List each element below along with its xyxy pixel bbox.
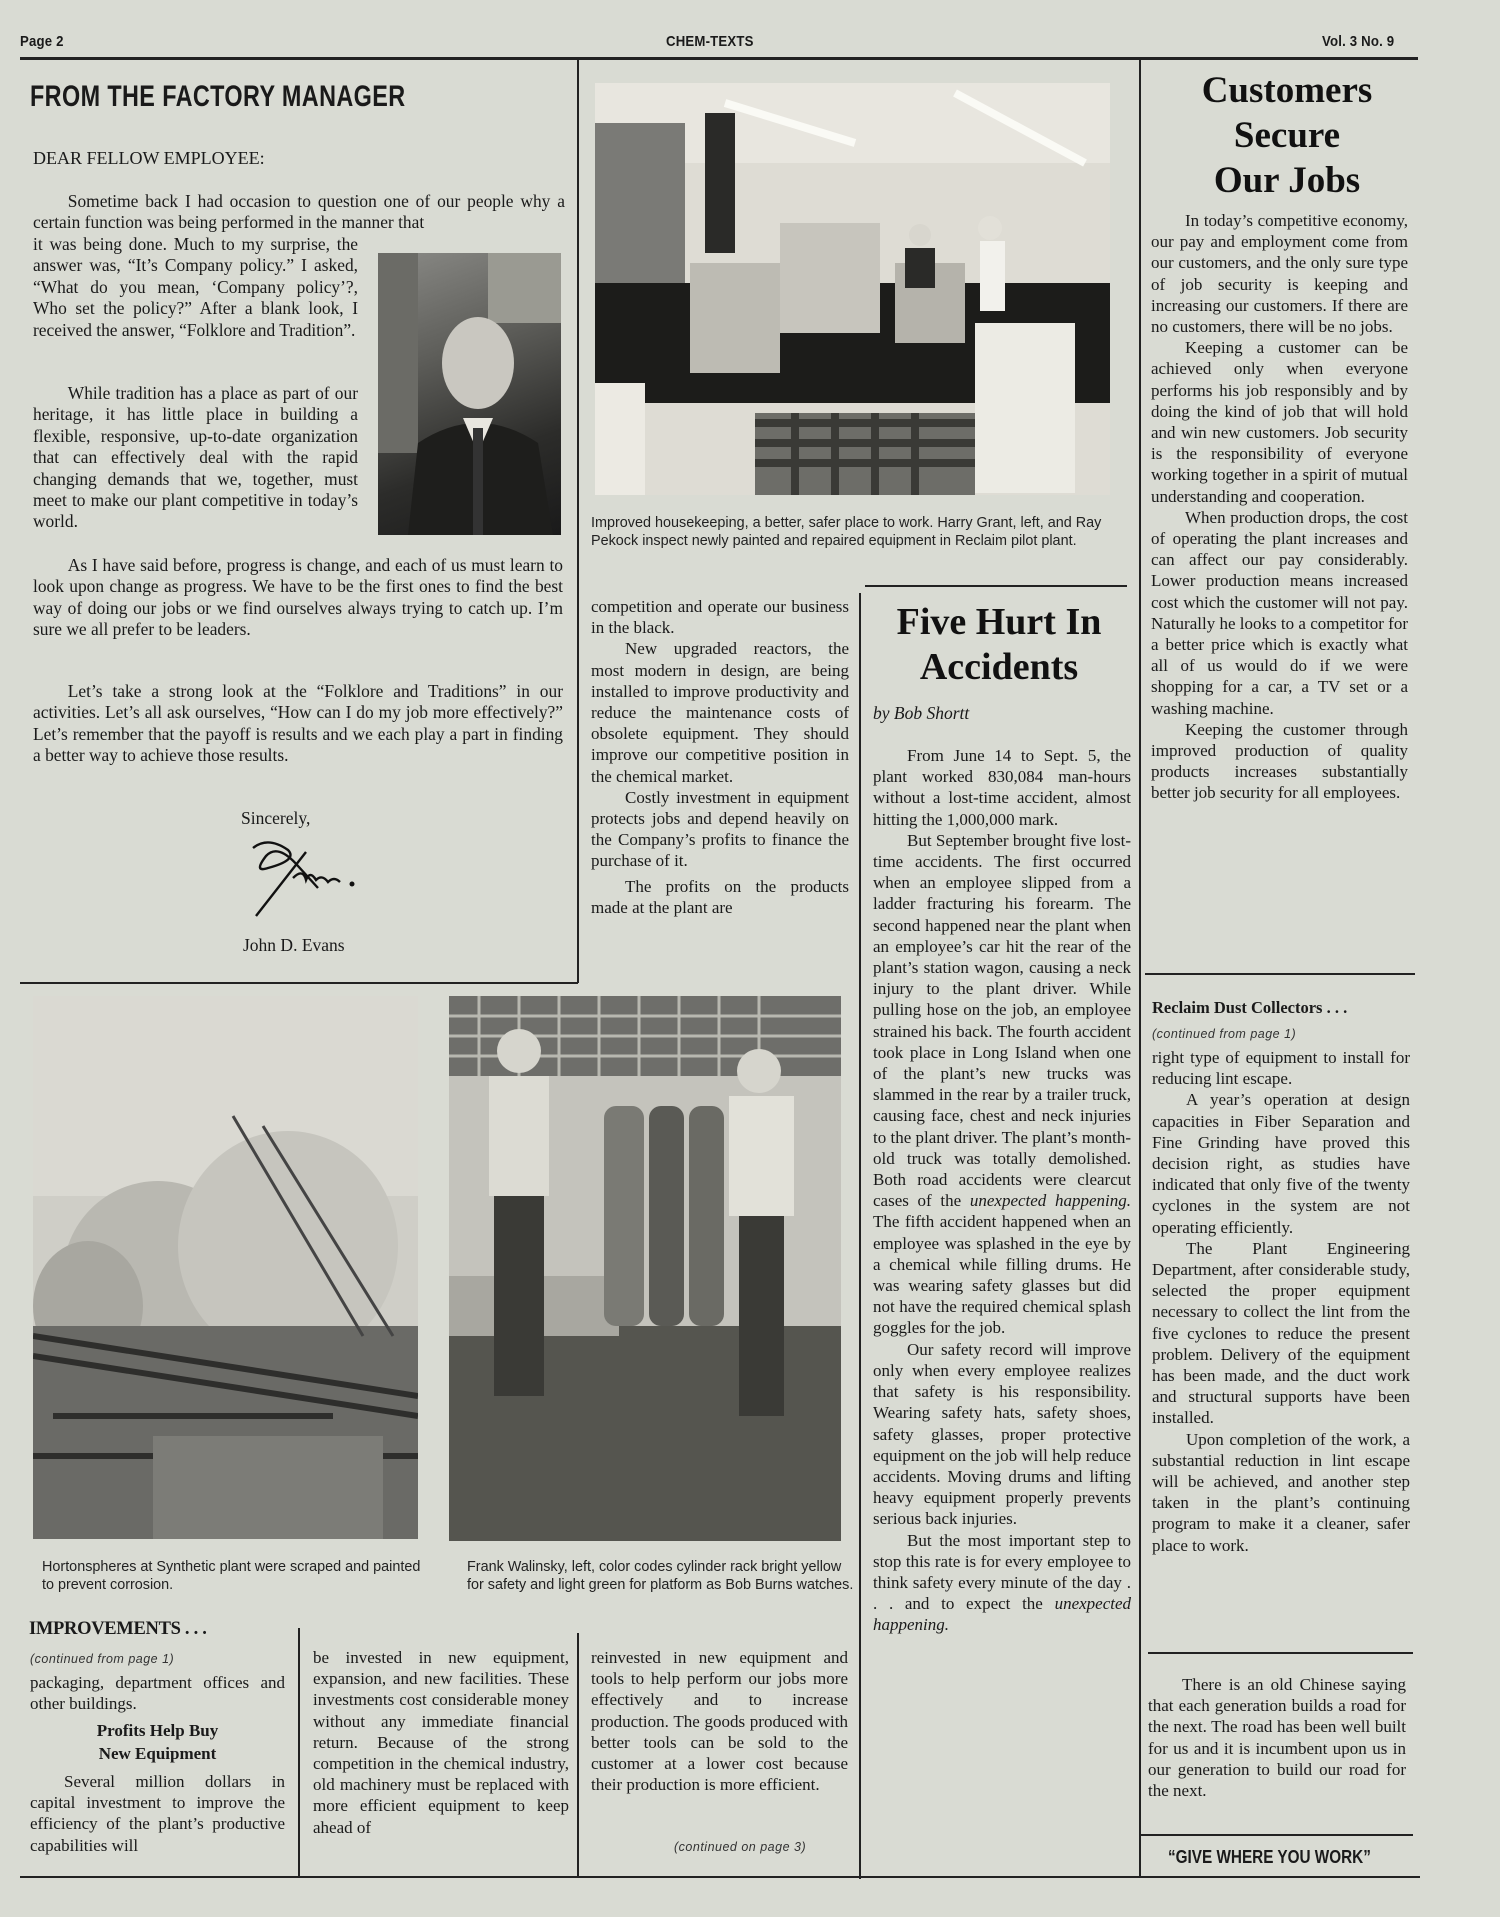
portrait-image-icon <box>378 253 561 535</box>
continued-note: (continued from page 1) <box>1152 1027 1296 1041</box>
letter-paragraph: While tradition has a place as part of o… <box>33 383 358 533</box>
byline: by Bob Shortt <box>873 703 969 724</box>
chinese-saying: There is an old Chinese saying that each… <box>1148 1674 1406 1801</box>
hortonspheres-image-icon <box>33 996 418 1539</box>
column-divider <box>577 1633 579 1876</box>
section-rule <box>20 982 578 984</box>
letter-paragraph: As I have said before, progress is chang… <box>33 555 563 641</box>
photo-caption: Improved housekeeping, a better, safer p… <box>591 514 1126 551</box>
section-rule <box>865 585 1127 587</box>
accidents-body: From June 14 to Sept. 5, the plant worke… <box>873 745 1131 1636</box>
customers-body: In today’s competitive economy, our pay … <box>1151 210 1408 804</box>
reclaim-plant-image-icon <box>595 83 1110 495</box>
page-number: Page 2 <box>20 33 64 50</box>
issue-number: Vol. 3 No. 9 <box>1322 33 1394 50</box>
dust-collectors-body: right type of equipment to install for r… <box>1152 1047 1410 1556</box>
salutation: DEAR FELLOW EMPLOYEE: <box>33 148 265 169</box>
letter-paragraph: Let’s take a strong look at the “Folklor… <box>33 681 563 767</box>
section-rule <box>1148 1652 1413 1654</box>
signature <box>248 838 368 918</box>
dust-collectors-headline: Reclaim Dust Collectors . . . <box>1152 998 1347 1018</box>
bottom-rule <box>20 1876 1420 1878</box>
section-title: FROM THE FACTORY MANAGER <box>30 80 406 114</box>
hortonspheres-photo <box>33 996 418 1539</box>
improvements-col1: packaging, department offices and other … <box>30 1672 285 1714</box>
signer-name: John D. Evans <box>243 935 345 956</box>
improvements-col1-body: Several million dollars in capital inves… <box>30 1771 285 1856</box>
closing: Sincerely, <box>241 808 310 829</box>
cylinder-rack-photo <box>449 996 841 1541</box>
column-divider <box>859 593 861 1879</box>
reclaim-plant-photo <box>595 83 1110 495</box>
masthead-rule <box>20 57 1418 60</box>
accidents-headline: Five Hurt In Accidents <box>866 600 1132 690</box>
column-divider <box>577 58 579 983</box>
photo-caption: Frank Walinsky, left, color codes cylind… <box>467 1558 862 1595</box>
improvements-continued-text: competition and operate our business in … <box>591 596 849 918</box>
customers-headline: Customers Secure Our Jobs <box>1146 68 1428 203</box>
photo-caption: Hortonspheres at Synthetic plant were sc… <box>42 1558 432 1595</box>
publication-title: CHEM-TEXTS <box>666 33 754 50</box>
letter-paragraph: it was being done. Much to my surprise, … <box>33 234 358 341</box>
section-rule <box>1145 973 1415 975</box>
cylinder-rack-image-icon <box>449 996 841 1541</box>
signature-icon <box>248 838 368 918</box>
column-divider <box>298 1628 300 1876</box>
improvements-subhead: Profits Help Buy New Equipment <box>30 1719 285 1765</box>
continued-note: (continued from page 1) <box>30 1652 174 1666</box>
column-divider <box>1139 58 1141 1876</box>
improvements-headline: IMPROVEMENTS . . . <box>29 1619 207 1640</box>
portrait-photo <box>378 253 561 535</box>
give-where-you-work-slogan: “GIVE WHERE YOU WORK” <box>1168 1847 1371 1868</box>
improvements-col2: be invested in new equipment, expansion,… <box>313 1647 569 1838</box>
section-rule <box>1140 1834 1413 1836</box>
improvements-col3: reinvested in new equipment and tools to… <box>591 1647 848 1795</box>
letter-paragraph: Sometime back I had occasion to question… <box>33 191 565 234</box>
continued-on-note: (continued on page 3) <box>674 1840 806 1854</box>
